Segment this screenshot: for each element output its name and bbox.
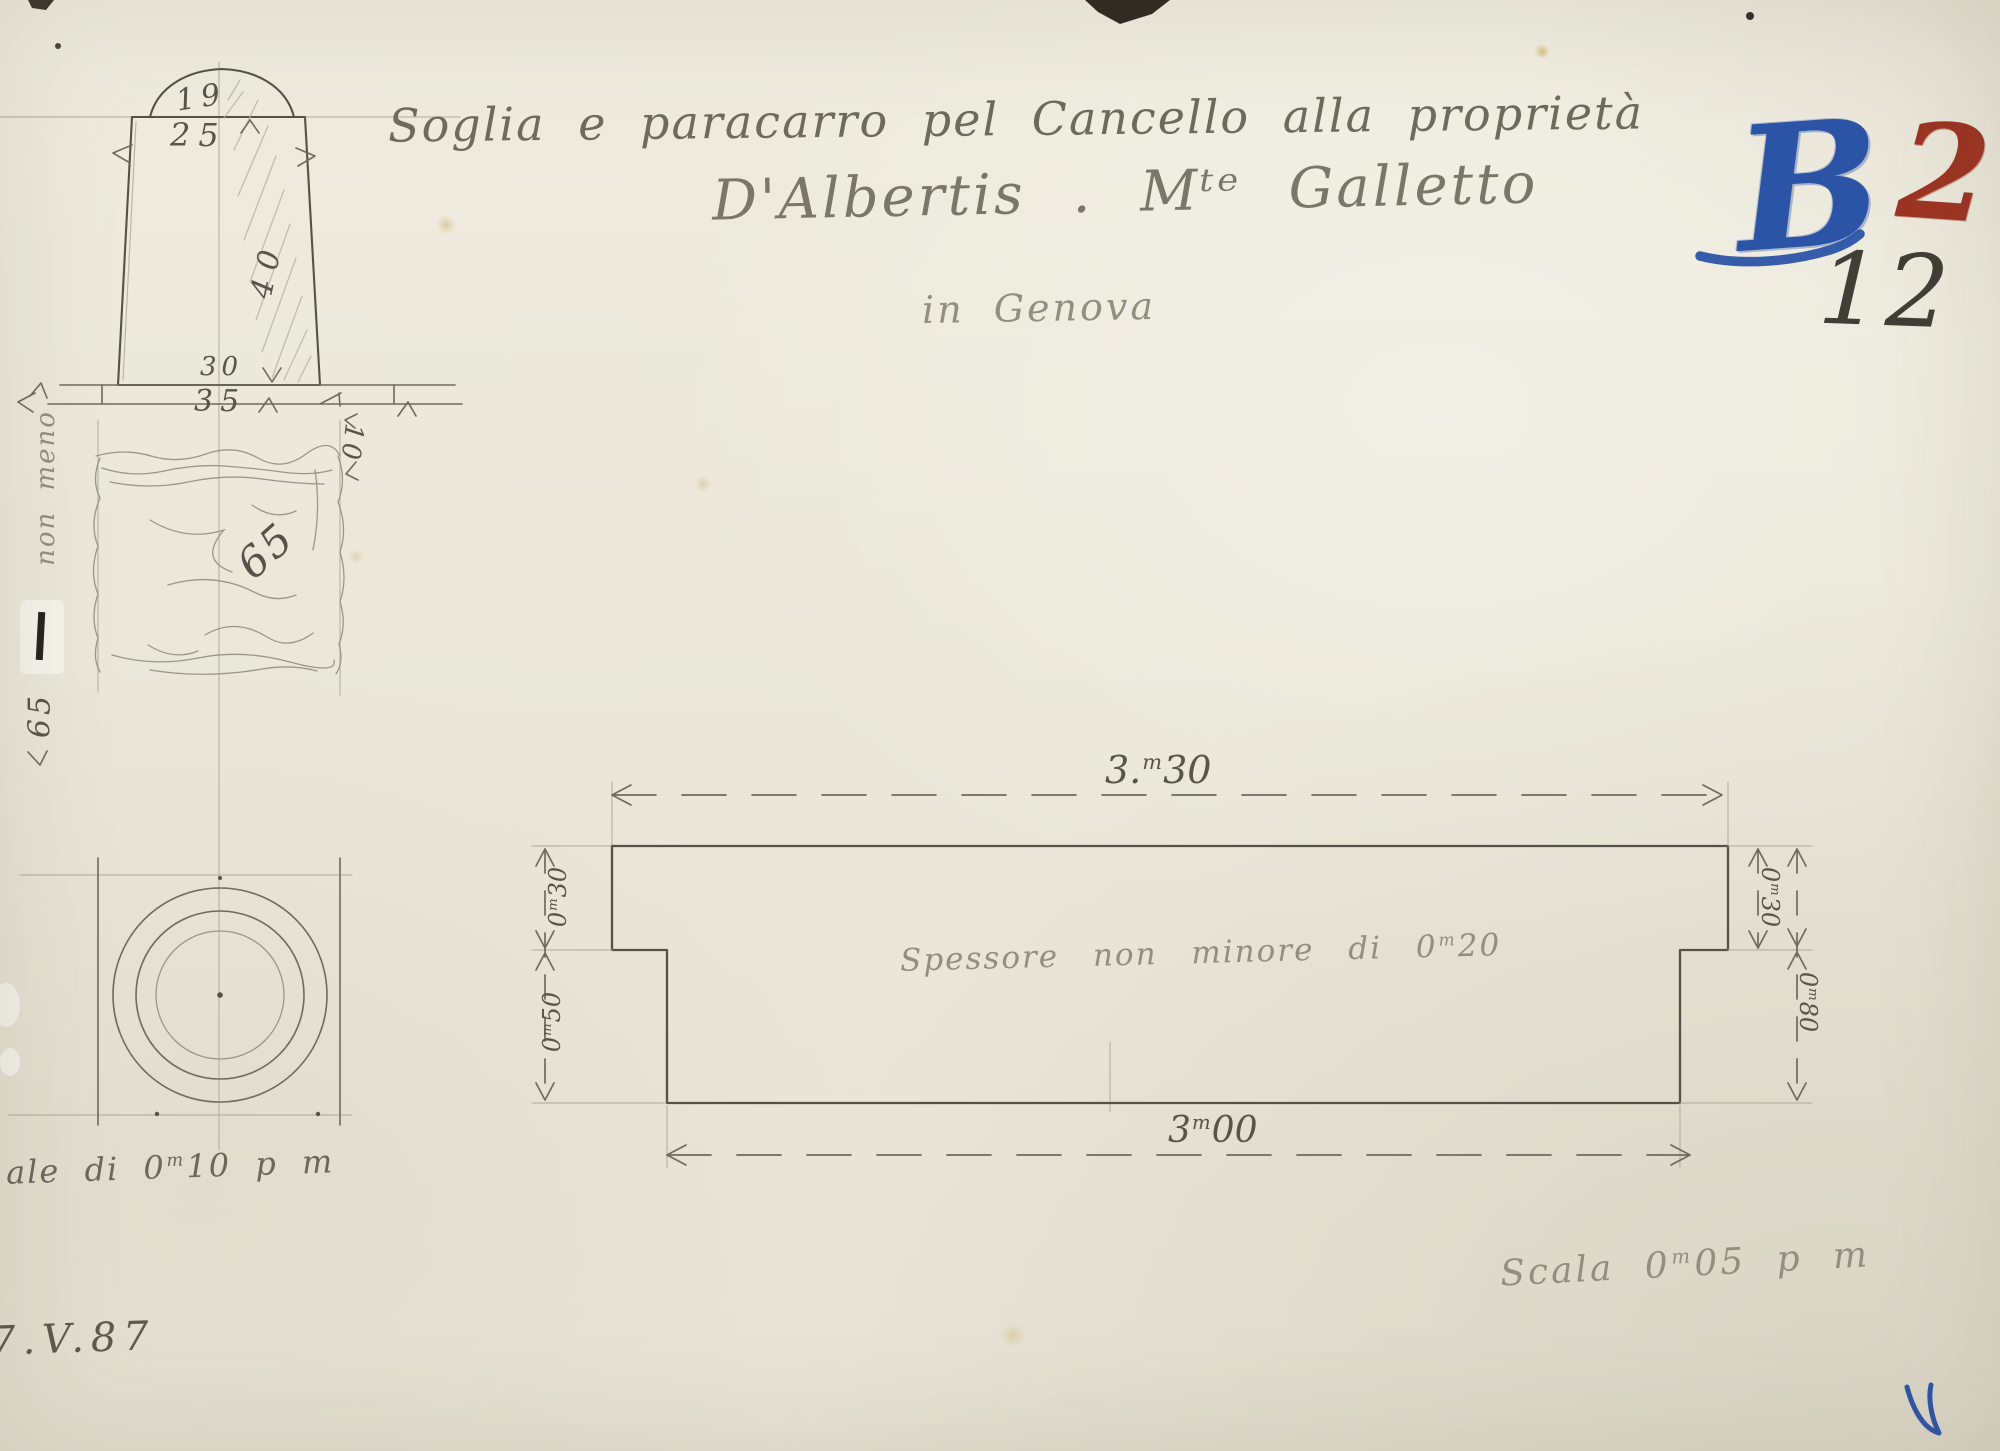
archive-mark-pencil-number: 12 [1816,230,1955,352]
scale-unit: m [166,1151,185,1172]
dim-post: 80 [1794,1002,1822,1033]
scanned-drawing-page: { "colors": { "paper": "#eae7da", "penci… [0,0,2000,1451]
foundation-side-dim: 10 [334,422,369,464]
threshold-right-lower-dim: 0m80 [1794,972,1822,1032]
dim-pre: 3. [1105,748,1141,792]
dim-pre: 0 [1756,867,1784,882]
note-unit: m [1438,930,1457,950]
dim-post: 30 [1756,897,1784,928]
dim-post: 50 [538,992,566,1023]
threshold-right-upper-dim: 0m30 [1756,867,1784,927]
date-note: 7.V.87 [0,1313,156,1365]
dim-pre: 0 [544,912,572,927]
dim-pre: 0 [1794,972,1822,987]
dim-post: 30 [544,867,572,898]
dim-unit: m [1192,1111,1211,1134]
dim-unit: m [1142,750,1162,774]
pillar-base-width-dim: 35 [194,384,246,419]
pillar-margin-note: non meno [31,410,61,566]
dim-post: 30 [1163,748,1211,792]
dim-unit: m [1767,883,1782,896]
pillar-margin-dim: 65 [23,692,58,738]
dim-unit: m [546,898,561,911]
scale-post: 10 p m [186,1142,335,1185]
drawing-title-line3: in Genova [922,284,1157,332]
threshold-left-lower-dim: 0m50 [538,992,566,1052]
dim-unit: m [1805,988,1820,1001]
scale-unit: m [1671,1245,1694,1269]
threshold-bottom-dim-label: 3m00 [1168,1110,1257,1151]
archive-mark-red-number: 2 [1893,93,1995,254]
dim-post: 00 [1212,1110,1258,1151]
threshold-left-upper-dim: 0m30 [544,867,572,927]
pillar-top-width-dim: 25 [170,116,227,154]
threshold-top-dim-label: 3.m30 [1105,748,1211,792]
pillar-bottom-width-dim: 30 [200,352,243,382]
dimension-lines [536,785,1806,1165]
dim-pre: 3 [1168,1110,1191,1151]
dim-unit: m [540,1023,555,1036]
dim-pre: 0 [538,1037,566,1052]
scale-pre: ale di 0 [5,1148,166,1192]
note-post: 20 [1457,927,1501,964]
